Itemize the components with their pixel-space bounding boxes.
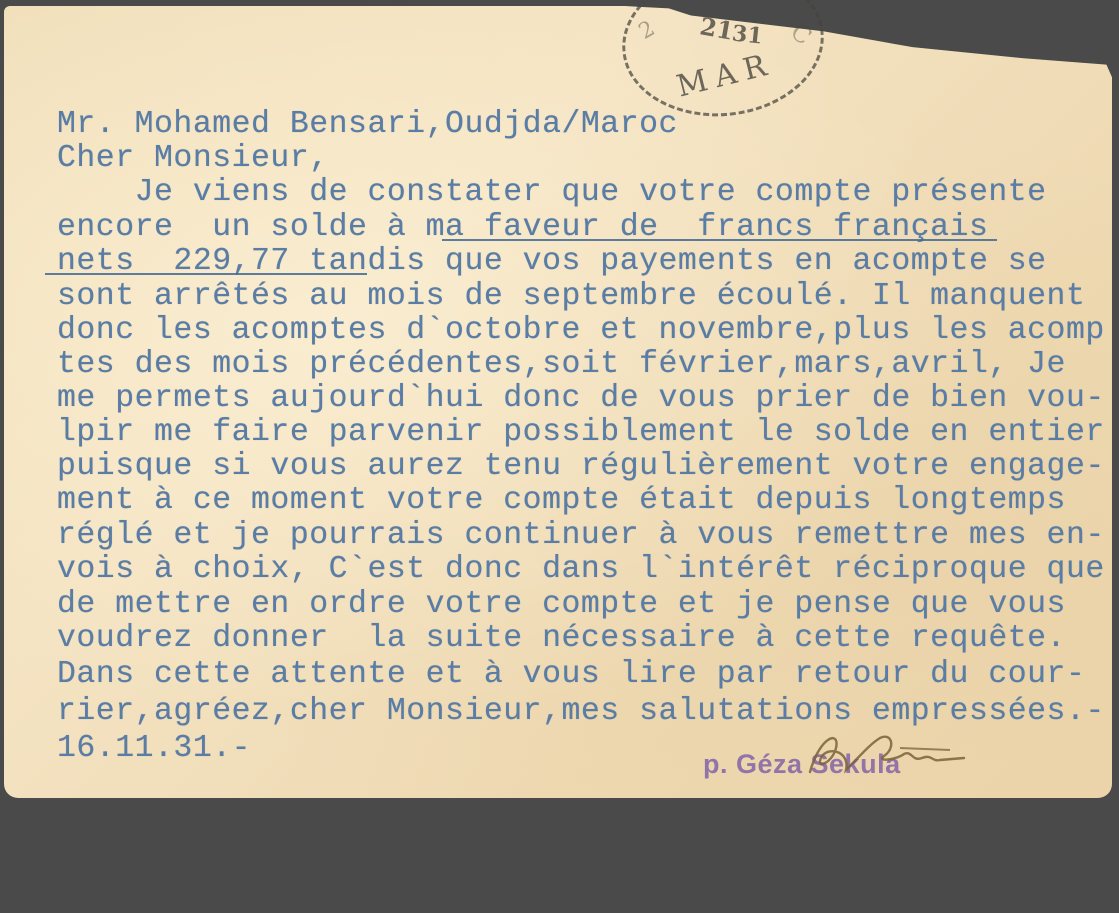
handwritten-signature xyxy=(800,726,970,786)
letter-line: réglé et je pourrais continuer à vous re… xyxy=(57,519,1105,553)
letter-line: Dans cette attente et à vous lire par re… xyxy=(57,658,1085,692)
letter-line: puisque si vous aurez tenu régulièrement… xyxy=(57,450,1105,484)
letter-line: rier,agréez,cher Monsieur,mes salutation… xyxy=(57,695,1105,729)
letter-date: 16.11.31.- xyxy=(57,732,251,766)
letter-line: ment à ce moment votre compte était depu… xyxy=(57,484,1066,518)
letter-line: lpir me faire parvenir possiblement le s… xyxy=(57,416,1105,450)
underline-amount-value xyxy=(45,273,367,275)
letter-line: vois à choix, C`est donc dans l`intérêt … xyxy=(57,553,1105,587)
letter-line: tes des mois précédentes,soit février,ma… xyxy=(57,348,1066,382)
letter-line: Je viens de constater que votre compte p… xyxy=(57,176,1047,210)
letter-line: voudrez donner la suite nécessaire à cet… xyxy=(57,622,1066,656)
letter-line: de mettre en ordre votre compte et je pe… xyxy=(57,588,1066,622)
typewritten-letter: Mr. Mohamed Bensari,Oudjda/Maroc Cher Mo… xyxy=(57,108,96,804)
letter-line-address: Mr. Mohamed Bensari,Oudjda/Maroc xyxy=(57,108,678,142)
postmark-day: 21 xyxy=(698,11,736,45)
letter-line: me permets aujourd`hui donc de vous prie… xyxy=(57,382,1105,416)
underline-amount-description xyxy=(442,239,997,241)
letter-line-salutation: Cher Monsieur, xyxy=(57,142,329,176)
letter-line: donc les acomptes d`octobre et novembre,… xyxy=(57,314,1105,348)
postmark-year: 31 xyxy=(731,20,764,49)
letter-line: sont arrêtés au mois de septembre écoulé… xyxy=(57,280,1085,314)
